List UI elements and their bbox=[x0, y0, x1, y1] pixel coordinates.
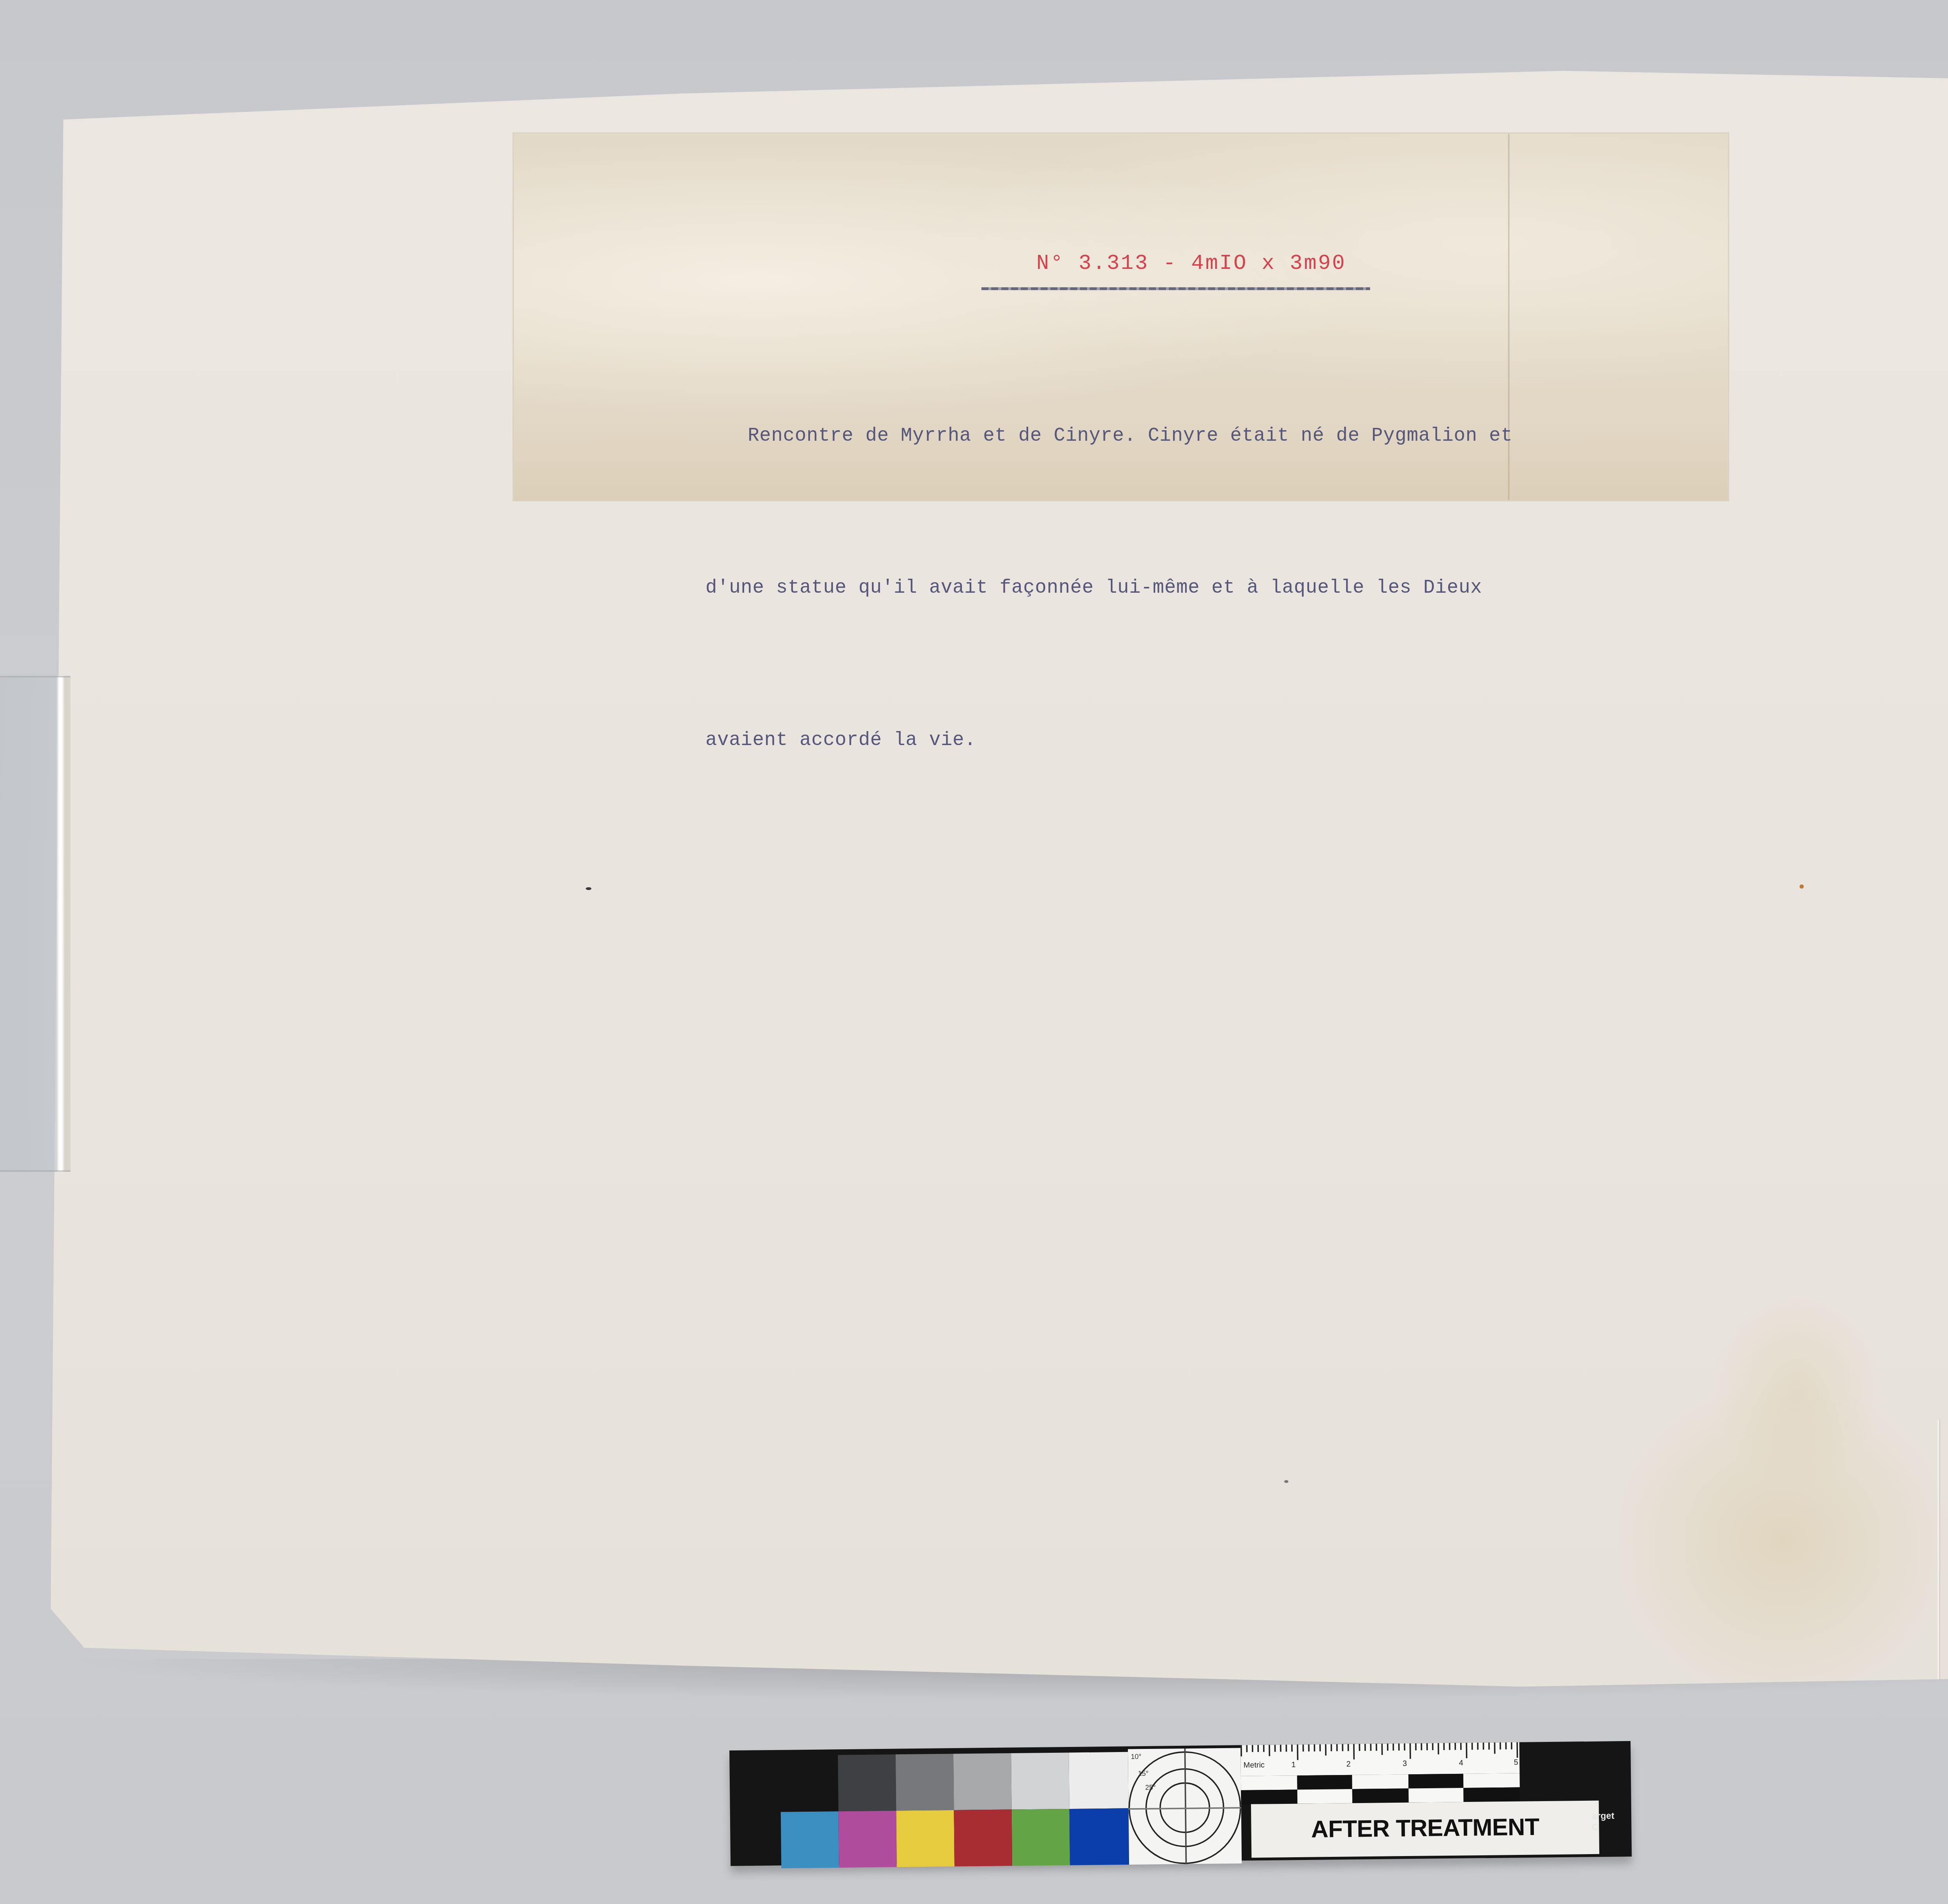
ruler-tick bbox=[1454, 1743, 1455, 1750]
ruler-tick bbox=[1505, 1742, 1506, 1749]
bullseye-target: 10° 15° 25° bbox=[1128, 1748, 1242, 1865]
ruler-tick bbox=[1460, 1743, 1461, 1750]
ruler-tick bbox=[1286, 1745, 1286, 1752]
gray-patch bbox=[953, 1753, 1012, 1810]
brand-line: arget bbox=[1592, 1812, 1615, 1823]
ruler-tick bbox=[1381, 1744, 1382, 1755]
metric-ruler: Metric 1 2 3 4 5 bbox=[1240, 1742, 1519, 1776]
heading-text: N° 3.313 - 4mIO x 3m90 bbox=[1036, 252, 1346, 276]
ruler-tick bbox=[1330, 1744, 1331, 1751]
ruler-tick bbox=[1443, 1743, 1444, 1750]
checker-cell bbox=[1464, 1773, 1519, 1788]
heading-underline bbox=[981, 287, 1370, 290]
ruler-number: 4 bbox=[1459, 1760, 1463, 1768]
ruler-tick bbox=[1319, 1744, 1320, 1751]
ruler-tick bbox=[1246, 1745, 1247, 1752]
checker-cell bbox=[1352, 1774, 1408, 1789]
checker-cell bbox=[1297, 1775, 1352, 1790]
ruler-tick bbox=[1308, 1745, 1309, 1752]
blue-patch bbox=[1069, 1808, 1129, 1865]
ruler-tick bbox=[1291, 1745, 1292, 1752]
ruler-tick bbox=[1353, 1744, 1354, 1759]
gray-patch bbox=[780, 1755, 838, 1812]
crease-line bbox=[1937, 1420, 1939, 1694]
ruler-tick bbox=[1449, 1743, 1450, 1750]
ruler-label: Metric bbox=[1244, 1762, 1265, 1770]
ruler-tick bbox=[1297, 1745, 1298, 1760]
ruler-tick bbox=[1376, 1744, 1376, 1751]
checker-cell bbox=[1464, 1787, 1520, 1802]
ruler-tick bbox=[1438, 1743, 1438, 1754]
ruler-tick bbox=[1466, 1743, 1467, 1758]
ruler-tick bbox=[1410, 1743, 1411, 1759]
ruler-tick bbox=[1325, 1744, 1326, 1756]
yellow-patch bbox=[896, 1810, 955, 1867]
checker-cell bbox=[1352, 1788, 1408, 1803]
ruler-tick bbox=[1511, 1742, 1512, 1749]
ruler-number: 1 bbox=[1292, 1761, 1296, 1770]
green-patch bbox=[1012, 1809, 1070, 1866]
ruler-tick bbox=[1370, 1744, 1371, 1751]
foxing-spot bbox=[1800, 885, 1804, 889]
ruler-tick bbox=[1359, 1744, 1360, 1751]
caption-line: Rencontre de Myrrha et de Cinyre. Cinyre… bbox=[706, 413, 1691, 463]
checker-cell bbox=[1297, 1789, 1352, 1804]
photo-stage: N° 3.313 - 4mIO x 3m90 Rencontre de Myrr… bbox=[0, 0, 1948, 1904]
ruler-tick bbox=[1364, 1744, 1365, 1751]
angle-label: 10° bbox=[1131, 1753, 1142, 1762]
mounting-tab-left bbox=[0, 676, 71, 1172]
ruler-tick bbox=[1314, 1744, 1315, 1751]
ruler-tick bbox=[1269, 1745, 1269, 1756]
gray-patch bbox=[1069, 1752, 1128, 1809]
ruler-tick bbox=[1348, 1744, 1348, 1751]
caption-line: avaient accordé la vie. bbox=[706, 717, 1691, 767]
checker-cell bbox=[1241, 1789, 1297, 1804]
ruler-tick bbox=[1432, 1743, 1433, 1750]
ruler-tick bbox=[1472, 1743, 1472, 1750]
caption-line: d'une statue qu'il avait façonnée lui-mê… bbox=[706, 565, 1691, 615]
ruler-tick bbox=[1392, 1743, 1393, 1750]
checker-cell bbox=[1408, 1774, 1464, 1789]
ruler-tick bbox=[1426, 1743, 1427, 1750]
ruler-tick bbox=[1500, 1742, 1500, 1749]
water-stain bbox=[1712, 1293, 1881, 1490]
dirt-speck bbox=[1284, 1480, 1288, 1483]
ruler-number: 5 bbox=[1514, 1759, 1518, 1768]
ruler-tick bbox=[1421, 1743, 1422, 1750]
brand-line: C bbox=[1592, 1823, 1615, 1835]
ruler-tick bbox=[1263, 1745, 1264, 1752]
angle-label: 15° bbox=[1138, 1770, 1149, 1779]
dirt-speck bbox=[586, 887, 591, 890]
ruler-tick bbox=[1398, 1743, 1399, 1750]
after-treatment-card: AFTER TREATMENT bbox=[1251, 1801, 1599, 1858]
ruler-tick bbox=[1280, 1745, 1281, 1752]
caption-label: N° 3.313 - 4mIO x 3m90 Rencontre de Myrr… bbox=[514, 134, 1727, 500]
magenta-patch bbox=[838, 1811, 897, 1868]
ruler-number: 2 bbox=[1346, 1761, 1351, 1770]
gray-patch bbox=[896, 1754, 954, 1811]
ruler-number: 3 bbox=[1403, 1760, 1407, 1769]
ruler-tick bbox=[1240, 1745, 1241, 1756]
checker-cell bbox=[1408, 1788, 1464, 1803]
cyan-patch bbox=[781, 1811, 839, 1868]
ruler-tick bbox=[1477, 1743, 1478, 1750]
ruler-tick bbox=[1336, 1744, 1337, 1751]
ruler-tick bbox=[1415, 1743, 1416, 1750]
caption-text: Rencontre de Myrrha et de Cinyre. Cinyre… bbox=[706, 311, 1691, 869]
catalog-number-heading: N° 3.313 - 4mIO x 3m90 bbox=[514, 252, 1727, 276]
ruler-tick bbox=[1494, 1743, 1495, 1754]
target-brand-text: arget C bbox=[1592, 1812, 1615, 1834]
ruler-tick bbox=[1387, 1743, 1388, 1750]
gray-patch bbox=[1011, 1752, 1069, 1809]
color-target: 10° 15° 25° Metric 1 2 3 4 5 bbox=[729, 1741, 1632, 1866]
treatment-status-text: AFTER TREATMENT bbox=[1311, 1814, 1539, 1844]
angle-label: 25° bbox=[1145, 1784, 1156, 1793]
ruler-tick bbox=[1516, 1742, 1517, 1758]
ruler-tick bbox=[1404, 1743, 1405, 1750]
red-patch bbox=[954, 1810, 1012, 1867]
ruler-tick bbox=[1274, 1745, 1275, 1752]
scale-checkerboard bbox=[1241, 1773, 1520, 1804]
ruler-tick bbox=[1257, 1745, 1258, 1752]
ruler-tick bbox=[1483, 1743, 1484, 1750]
gray-patch bbox=[838, 1754, 896, 1811]
checker-cell bbox=[1241, 1775, 1297, 1790]
ruler-tick bbox=[1488, 1743, 1489, 1750]
ruler-tick bbox=[1252, 1745, 1253, 1752]
ruler-tick bbox=[1342, 1744, 1343, 1751]
ruler-tick bbox=[1302, 1745, 1303, 1752]
